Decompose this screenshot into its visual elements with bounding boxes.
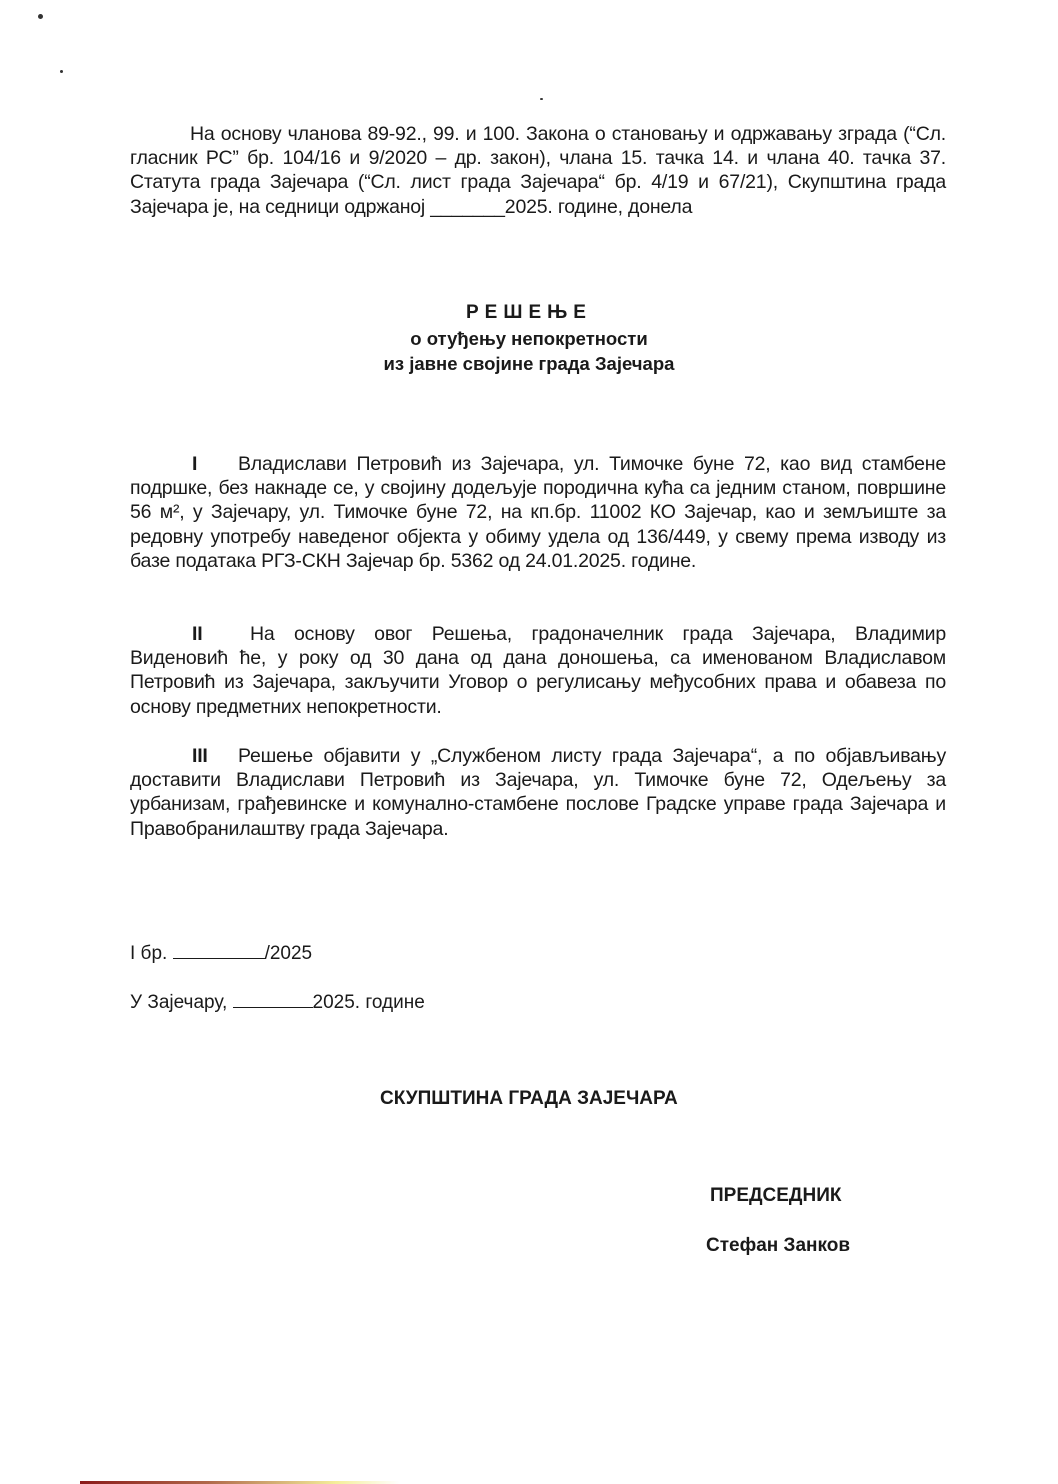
preamble-paragraph: На основу чланова 89-92., 99. и 100. Зак… — [130, 122, 946, 219]
document-title: РЕШЕЊЕ — [0, 302, 1058, 324]
scan-speck — [60, 70, 63, 73]
assembly-name: СКУПШТИНА ГРАДА ЗАЈЕЧАРА — [380, 1088, 678, 1110]
document-subtitle-2: из јавне својине града Зајечара — [0, 353, 1058, 375]
section-2: IIНа основу овог Решења, градоначелник г… — [130, 622, 946, 719]
place-suffix: 2025. године — [313, 992, 425, 1013]
place-prefix: У Зајечару, — [130, 992, 227, 1013]
signer-title: ПРЕДСЕДНИК — [710, 1185, 841, 1207]
reference-blank — [173, 942, 265, 959]
section-numeral: III — [192, 744, 238, 768]
preamble-text: На основу чланова 89-92., 99. и 100. Зак… — [130, 123, 946, 218]
scan-speck — [540, 98, 543, 100]
section-text: На основу овог Решења, градоначелник гра… — [130, 623, 946, 718]
reference-number-line: I бр. /2025 — [130, 942, 312, 965]
date-blank — [233, 991, 313, 1008]
section-numeral: II — [192, 622, 250, 646]
reference-prefix: I бр. — [130, 943, 167, 964]
place-date-line: У Зајечару, 2025. године — [130, 991, 425, 1014]
signer-name: Стефан Занков — [706, 1235, 850, 1257]
scan-speck — [38, 14, 43, 19]
section-text: Владислави Петровић из Зајечара, ул. Тим… — [130, 453, 946, 572]
document-page: На основу чланова 89-92., 99. и 100. Зак… — [0, 0, 1058, 1484]
reference-suffix: /2025 — [265, 943, 313, 964]
section-numeral: I — [192, 452, 238, 476]
section-3: IIIРешење објавити у „Службеном листу гр… — [130, 744, 946, 841]
document-subtitle-1: о отуђењу непокретности — [0, 328, 1058, 350]
section-text: Решење објавити у „Службеном листу града… — [130, 745, 946, 840]
section-1: IВладислави Петровић из Зајечара, ул. Ти… — [130, 452, 946, 573]
